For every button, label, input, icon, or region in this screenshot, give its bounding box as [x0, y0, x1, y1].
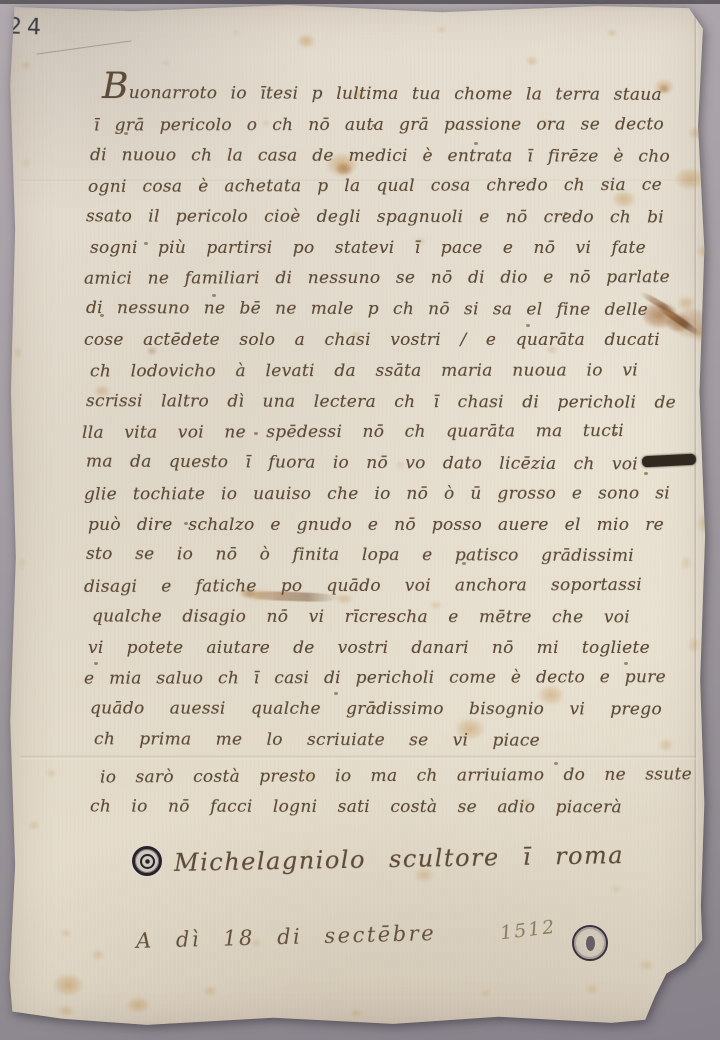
letter-sheet: 24 Buonarroto io ītesi p lultima tua cho… — [6, 3, 710, 1029]
letter-line: può dire schalzo e gnudo e nō posso auer… — [88, 512, 664, 538]
letter-line: lla vita voi ne spēdessi nō ch quarāta m… — [82, 418, 624, 446]
letter-line: amici ne familiari di nessuno se nō di d… — [84, 264, 670, 292]
letter-line: ī grā pericolo o ch nō auta grā passione… — [94, 112, 664, 139]
letter-line: disagi e fatiche po quādo voi anchora so… — [84, 572, 642, 600]
foxing-stain — [586, 984, 598, 994]
foxing-stain — [126, 997, 150, 1013]
ink-speck — [94, 662, 98, 665]
letter-line: qualche disagio nō vi rīcrescha e mētre … — [92, 604, 630, 631]
foxing-stain — [607, 29, 617, 37]
letter-line: quādo auessi qualche grādissimo bisognio… — [90, 696, 662, 723]
round-collection-stamp-icon — [132, 846, 162, 876]
letter-line: scrissi laltro dì una lectera ch ī chasi… — [86, 388, 676, 416]
backing-mat: 24 Buonarroto io ītesi p lultima tua cho… — [0, 0, 720, 1040]
folio-number-top-left: 24 — [8, 14, 47, 40]
foxing-stain — [58, 1006, 74, 1016]
foxing-stain — [481, 989, 491, 997]
foxing-stain — [297, 34, 315, 48]
foxing-stain — [639, 960, 653, 970]
fold-crease-horizontal-lower — [20, 755, 696, 760]
ink-speck — [334, 692, 338, 695]
foxing-stain — [21, 61, 31, 69]
foxing-stain — [14, 347, 22, 359]
letter-line: sogni più partirsi po statevi ī pace e n… — [90, 235, 646, 261]
foxing-stain — [46, 769, 56, 777]
foxing-stain — [437, 26, 446, 33]
foxing-stain — [689, 127, 703, 139]
letter-line: di nuouo ch la casa de medici è entrata … — [90, 142, 670, 170]
letter-line: ch prima me lo scriuiate se vi piace — [94, 726, 540, 754]
foxing-stain — [611, 885, 621, 893]
foxing-stain — [677, 296, 695, 310]
letter-line: di nessuno ne bē ne male p ch nō si sa e… — [86, 295, 648, 323]
foxing-stain — [61, 929, 71, 937]
letter-line: Buonarroto io ītesi p lultima tua chome … — [102, 80, 662, 108]
foxing-stain — [659, 739, 673, 751]
letter-line: io sarò costà presto io ma ch arriuiamo … — [100, 761, 692, 790]
foxing-stain — [700, 414, 712, 432]
foxing-stain — [53, 974, 83, 996]
foxing-stain — [203, 986, 217, 996]
foxing-stain — [22, 158, 30, 168]
redaction-ink-blot — [642, 454, 697, 468]
letter-line: sto se io nō ò finita lopa e patisco grā… — [86, 541, 634, 569]
foxing-stain — [701, 696, 711, 710]
letter-line: e mia saluo ch ī casi di pericholi come … — [84, 664, 666, 692]
fold-crease-vertical — [694, 3, 698, 1029]
ink-speck — [644, 472, 648, 475]
pencil-scratch-line — [36, 40, 131, 54]
round-collection-stamp-icon — [572, 925, 608, 961]
foxing-stain — [688, 637, 700, 653]
foxing-stain — [697, 513, 711, 533]
letter-line: cose actēdete solo a chasi vostri / e qu… — [84, 327, 660, 353]
foxing-stain — [28, 821, 40, 830]
stain-streak — [654, 301, 702, 338]
letter-line: ogni cosa è achetata p la qual cosa chre… — [88, 172, 662, 200]
signature: Michelagniolo scultore ī roma — [174, 841, 625, 877]
foxing-stain — [691, 323, 717, 343]
foxing-stain — [92, 950, 104, 960]
letter-line: ssato il pericolo cioè degli spagnuoli e… — [86, 203, 664, 230]
letter-line: vi potete aiutare de vostri danari nō mi… — [88, 635, 650, 661]
year-annotation: 1512 — [499, 916, 558, 945]
letter-line: ch lodovicho à levati da ssāta maria nuo… — [90, 358, 638, 385]
folio-number-bottom-right: 36 — [665, 971, 690, 992]
foxing-stain — [162, 60, 170, 66]
letter-line: ch io nō facci logni sati costà se adio … — [90, 794, 622, 821]
letter-line: glie tochiate io uauiso che io nō ò ū gr… — [84, 480, 670, 507]
foxing-stain — [681, 556, 691, 570]
foxing-stain — [526, 56, 538, 66]
dateline: A dì 18 di sectēbre — [136, 921, 437, 953]
rust-stain — [672, 308, 712, 338]
foxing-stain — [350, 1009, 362, 1017]
stamp-inner-ring — [140, 854, 155, 869]
rust-stain — [666, 314, 690, 332]
foxing-stain — [232, 30, 240, 36]
letter-line: ma da questo ī fuora io nō vo dato licēz… — [86, 449, 638, 478]
foxing-stain — [18, 557, 26, 569]
foxing-stain — [675, 168, 705, 190]
stamp-crest-mark — [586, 936, 595, 951]
letter-sheet-shadow: 24 Buonarroto io ītesi p lultima tua cho… — [0, 0, 720, 1040]
foxing-stain — [697, 244, 715, 258]
